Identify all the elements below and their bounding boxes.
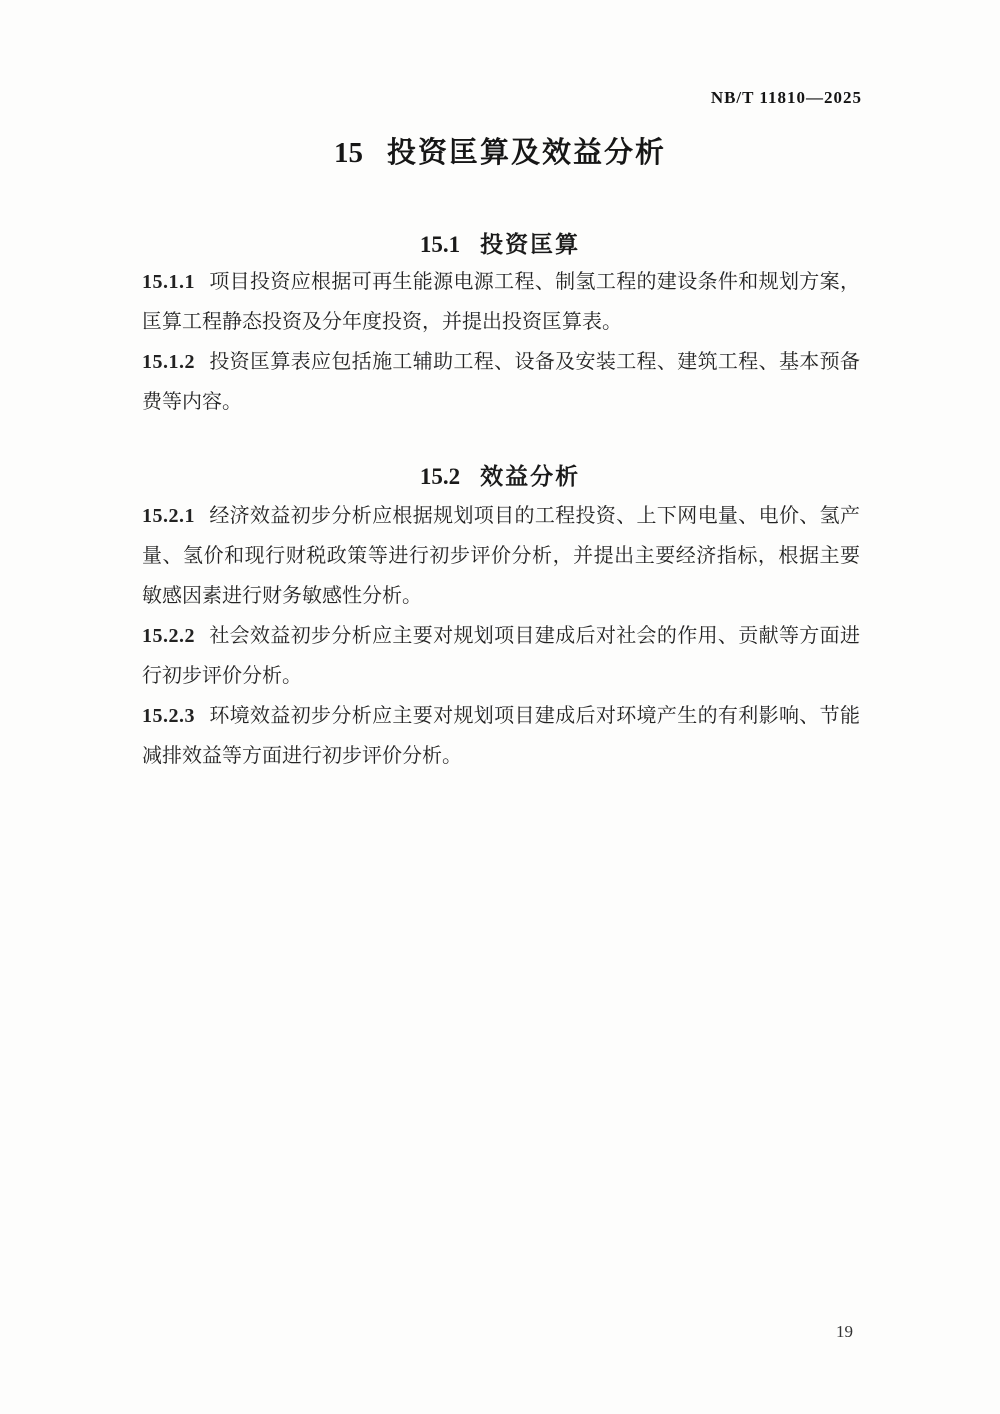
clause-number: 15.2.3 [142, 705, 195, 727]
clause-text: 项目投资应根据可再生能源电源工程、制氢工程的建设条件和规划方案，匡算工程静态投资… [142, 271, 860, 333]
clause-15-2-1: 15.2.1经济效益初步分析应根据规划项目的工程投资、上下网电量、电价、氢产量、… [142, 496, 860, 616]
clause-15-2-3: 15.2.3环境效益初步分析应主要对规划项目建成后对环境产生的有利影响、节能减排… [142, 696, 860, 776]
page-number: 19 [836, 1322, 853, 1342]
standard-reference: NB/T 11810—2025 [711, 88, 862, 108]
section-number: 15.2 [420, 464, 460, 489]
clause-text: 投资匡算表应包括施工辅助工程、设备及安装工程、建筑工程、基本预备费等内容。 [142, 351, 860, 413]
section-heading-15-2: 15.2效益分析 [0, 458, 1000, 491]
chapter-number: 15 [334, 137, 363, 169]
clause-text: 社会效益初步分析应主要对规划项目建成后对社会的作用、贡献等方面进行初步评价分析。 [142, 625, 860, 687]
chapter-heading: 15投资匡算及效益分析 [0, 130, 1000, 171]
clause-15-1-1: 15.1.1项目投资应根据可再生能源电源工程、制氢工程的建设条件和规划方案，匡算… [142, 262, 860, 342]
section-number: 15.1 [420, 232, 460, 257]
clause-number: 15.1.2 [142, 351, 195, 373]
clause-15-1-2: 15.1.2投资匡算表应包括施工辅助工程、设备及安装工程、建筑工程、基本预备费等… [142, 342, 860, 422]
clause-text: 经济效益初步分析应根据规划项目的工程投资、上下网电量、电价、氢产量、氢价和现行财… [142, 505, 860, 607]
clause-text: 环境效益初步分析应主要对规划项目建成后对环境产生的有利影响、节能减排效益等方面进… [142, 705, 860, 767]
clause-number: 15.2.2 [142, 625, 195, 647]
document-page: NB/T 11810—2025 15投资匡算及效益分析 15.1投资匡算 15.… [0, 0, 1000, 1414]
clause-number: 15.2.1 [142, 505, 195, 527]
section-title: 效益分析 [480, 463, 580, 489]
clause-number: 15.1.1 [142, 271, 195, 293]
section-title: 投资匡算 [480, 231, 580, 257]
chapter-title: 投资匡算及效益分析 [387, 137, 666, 169]
section-heading-15-1: 15.1投资匡算 [0, 226, 1000, 259]
section-15-1-body: 15.1.1项目投资应根据可再生能源电源工程、制氢工程的建设条件和规划方案，匡算… [142, 262, 860, 422]
section-15-2-body: 15.2.1经济效益初步分析应根据规划项目的工程投资、上下网电量、电价、氢产量、… [142, 496, 860, 776]
clause-15-2-2: 15.2.2社会效益初步分析应主要对规划项目建成后对社会的作用、贡献等方面进行初… [142, 616, 860, 696]
